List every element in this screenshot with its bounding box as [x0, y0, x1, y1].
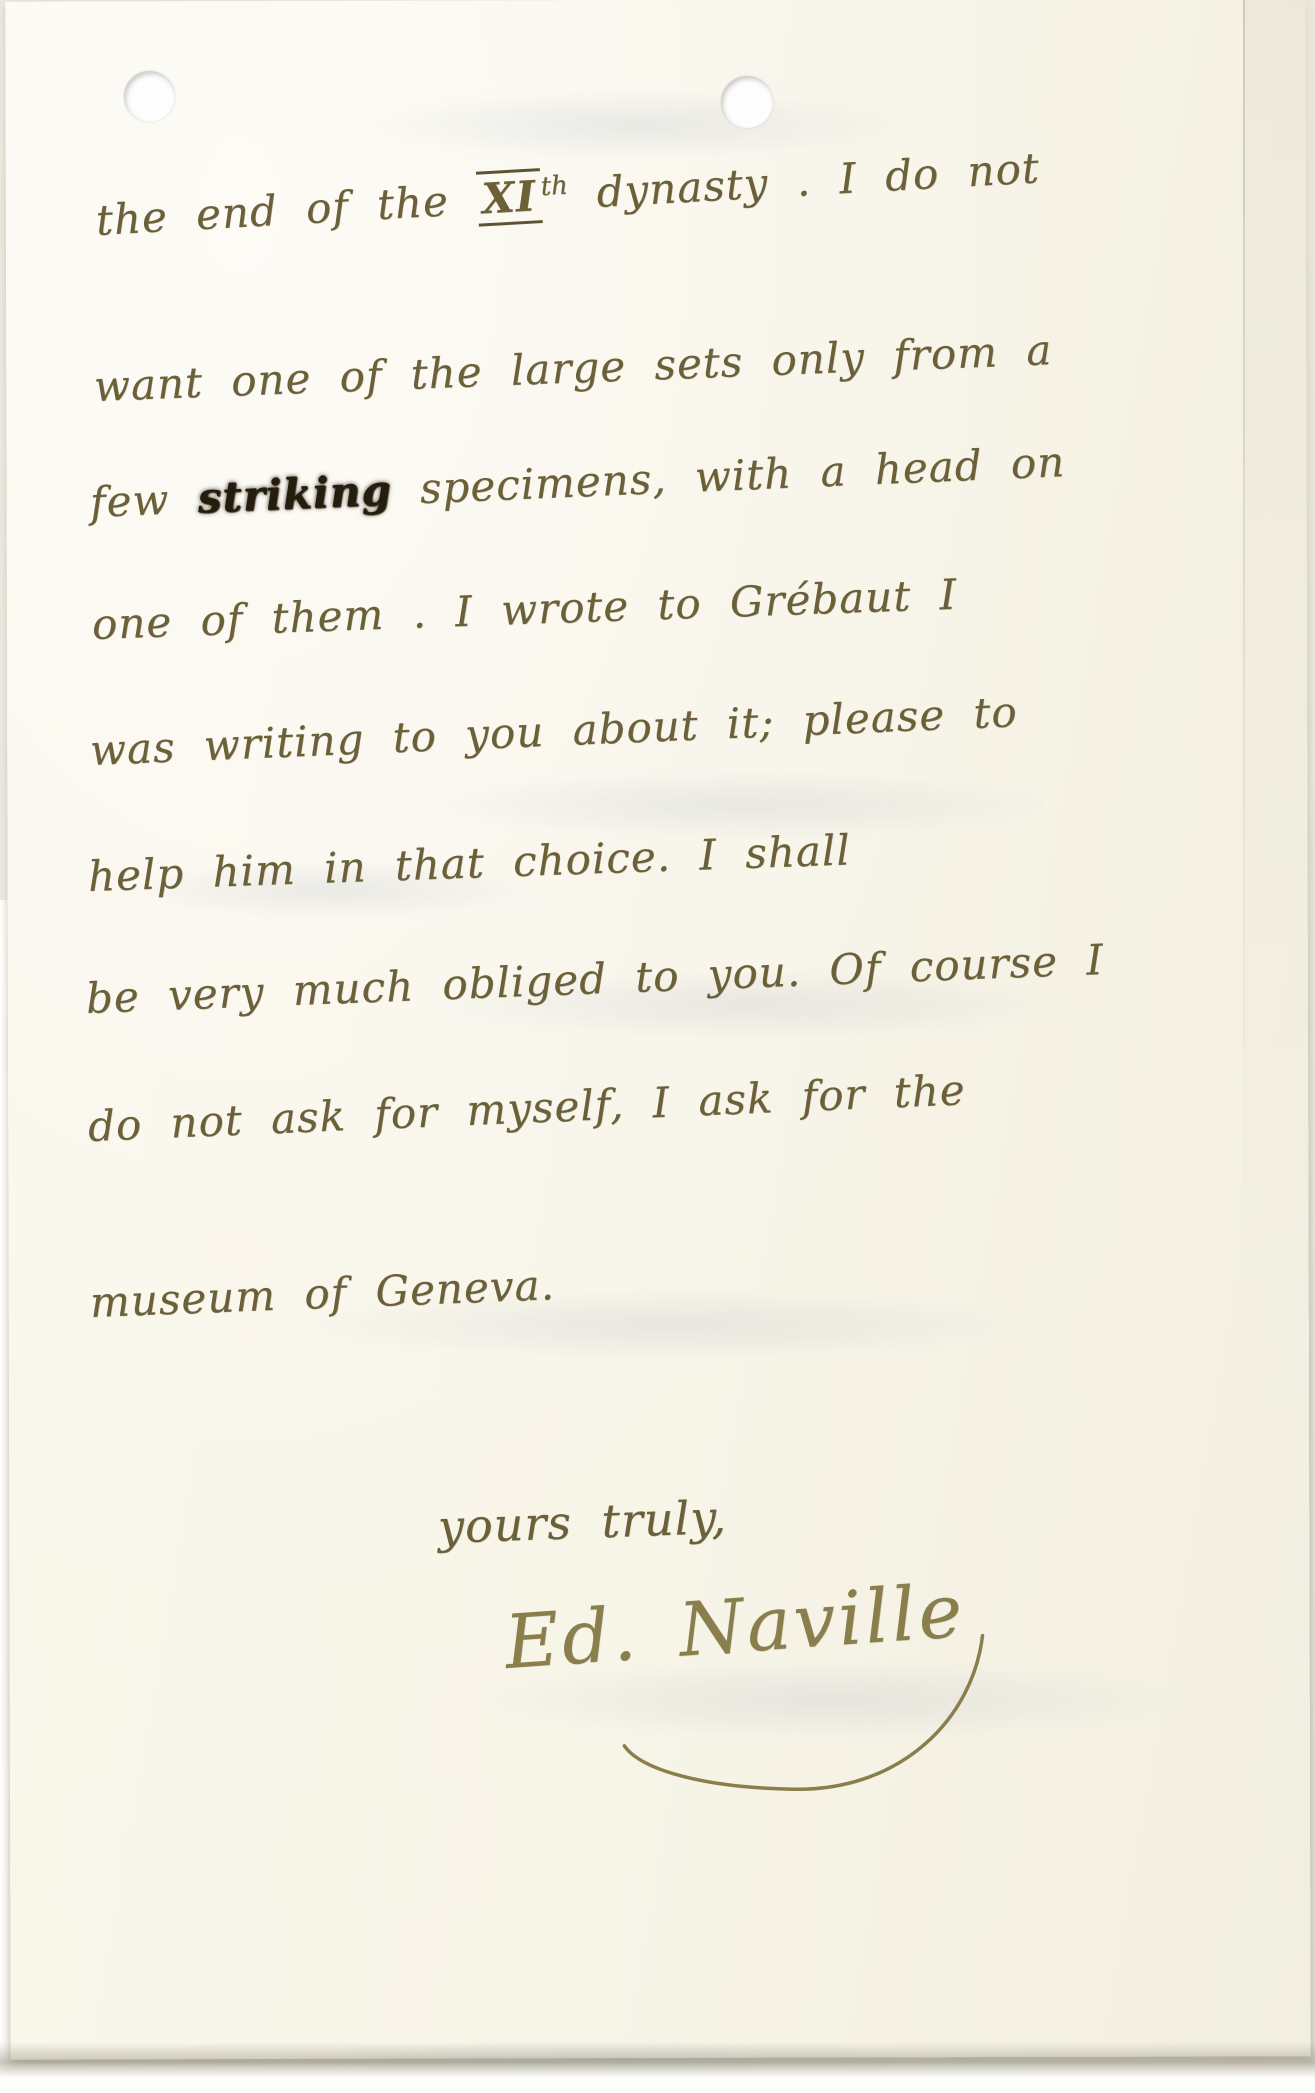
paper-bottom-edge [0, 2042, 1315, 2093]
line-3-text-start: few [89, 474, 199, 527]
roman-numeral-xi: XI [475, 168, 542, 226]
punch-hole-left [124, 71, 175, 122]
ink-blotted-word: striking [197, 465, 393, 522]
punch-hole-right [721, 76, 773, 128]
closing-salutation: yours truly, [437, 1490, 728, 1554]
scanned-letter-page: the end of the XIth dynasty . I do not w… [0, 0, 1315, 2093]
scanner-edge [0, 900, 9, 2093]
ordinal-suffix: th [540, 171, 569, 202]
paper-edge-shading [1245, 0, 1315, 1400]
paper-sheet [5, 0, 1310, 2060]
